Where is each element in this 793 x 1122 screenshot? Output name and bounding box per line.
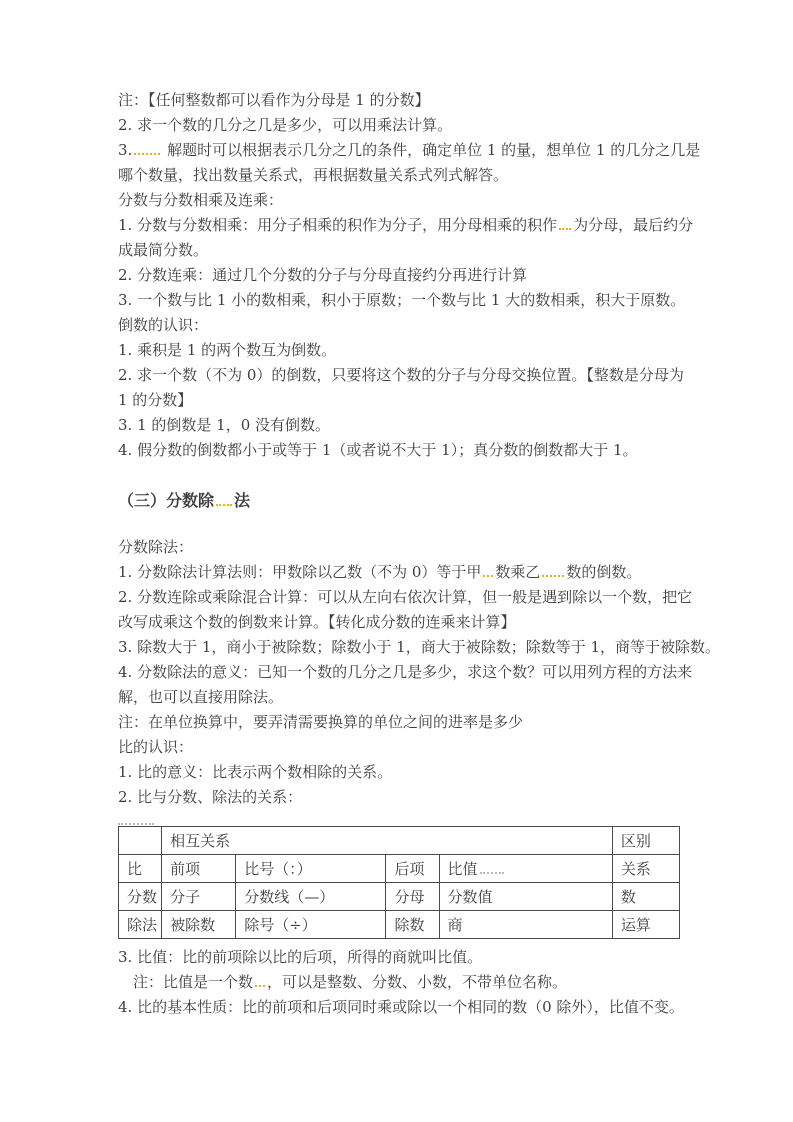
text-line: 2. 比与分数、除法的关系：: [118, 785, 682, 810]
table-cell-text: 区别: [621, 832, 651, 850]
table-cell-text: 相互关系: [170, 832, 230, 850]
text-run: ，可以是整数、分数、小数，不带单位名称。: [267, 973, 567, 991]
section-heading: （三）分数除法: [118, 487, 682, 515]
document-content-bottom: 3. 比值：比的前项除以比的后项，所得的商就叫比值。注：比值是一个数，可以是整数…: [118, 945, 682, 1020]
text-run: 3.: [118, 141, 132, 159]
text-run: 3. 一个数与比 1 小的数相乘，积小于原数；一个数与比 1 大的数相乘，积大于…: [118, 291, 685, 309]
table-cell-text: 分数线（—）: [244, 888, 334, 906]
text-run: 倒数的认识：: [118, 316, 208, 334]
text-run: 分数除法：: [118, 538, 193, 556]
table-cell: 分数线（—）: [236, 883, 386, 911]
table-cell: 分数值: [439, 883, 612, 911]
table-cell-text: 后项: [394, 860, 424, 878]
document-page: 注：【任何整数都可以看作为分母是 1 的分数】2. 求一个数的几分之几是多少，可…: [0, 0, 793, 1122]
text-run: 改写成乘这个数的倒数来计算。【转化成分数的连乘来计算】: [118, 613, 516, 631]
text-run: 3. 1 的倒数是 1，0 没有倒数。: [118, 416, 330, 434]
table-cell-text: 前项: [170, 860, 200, 878]
table-cell: 除数: [386, 911, 439, 939]
document-content-top: 注：【任何整数都可以看作为分母是 1 的分数】2. 求一个数的几分之几是多少，可…: [118, 88, 682, 824]
text-line: 3. 解题时可以根据表示几分之几的条件，确定单位 1 的量，想单位 1 的几分之…: [118, 138, 682, 163]
proofing-squiggle: [483, 570, 493, 577]
table-row-ratio: 比 前项 比号（：） 后项 比值 关系: [119, 855, 680, 883]
text-line: 成最简分数。: [118, 238, 682, 263]
text-run: 2. 求一个数的几分之几是多少，可以用乘法计算。: [118, 116, 452, 134]
text-run: 1. 比的意义：比表示两个数相除的关系。: [118, 763, 392, 781]
text-run: 为分母，最后约分: [573, 216, 693, 234]
table-header-relationship: 相互关系: [162, 827, 613, 855]
text-line: 比的认识：: [118, 735, 682, 760]
proofing-squiggle: [542, 570, 564, 577]
text-run: 1. 分数除法计算法则：甲数除以乙数（不为 0）等于甲: [118, 563, 481, 581]
text-run: 3. 比值：比的前项除以比的后项，所得的商就叫比值。: [118, 948, 482, 966]
text-line: 1. 乘积是 1 的两个数互为倒数。: [118, 338, 682, 363]
text-run: 3. 除数大于 1，商小于被除数；除数小于 1，商大于被除数；除数等于 1，商等…: [118, 638, 720, 656]
table-cell: 分子: [162, 883, 236, 911]
revision-mark: [480, 868, 504, 874]
table-cell-text: 关系: [621, 860, 651, 878]
table-row-fraction: 分数 分子 分数线（—） 分母 分数值 数: [119, 883, 680, 911]
ratio-comparison-table: 相互关系 区别 比 前项 比号（：） 后项 比值 关系 分数 分子 分数线（—）…: [118, 826, 680, 939]
text-line: 分数除法：: [118, 535, 682, 560]
text-line: 注：【任何整数都可以看作为分母是 1 的分数】: [118, 88, 682, 113]
text-run: 1. 乘积是 1 的两个数互为倒数。: [118, 341, 336, 359]
text-run: 比的认识：: [118, 738, 193, 756]
table-cell-text: 比号（：）: [244, 860, 312, 878]
table-cell-text: 分母: [394, 888, 424, 906]
text-line: 1. 分数除法计算法则：甲数除以乙数（不为 0）等于甲数乘乙数的倒数。: [118, 560, 682, 585]
text-line: 2. 求一个数的几分之几是多少，可以用乘法计算。: [118, 113, 682, 138]
text-run: 1 的分数】: [118, 391, 192, 409]
text-run: 解，也可以直接用除法。: [118, 688, 283, 706]
table-cell-text: 商: [448, 916, 463, 934]
table-header-row: 相互关系 区别: [119, 827, 680, 855]
table-cell-text: 数: [621, 888, 636, 906]
text-line: 注：在单位换算中，要弄清需要换算的单位之间的进率是多少: [118, 710, 682, 735]
text-line: 4. 比的基本性质：比的前项和后项同时乘或除以一个相同的数（0 除外），比值不变…: [118, 995, 682, 1020]
revision-mark: [118, 819, 154, 825]
text-line: 改写成乘这个数的倒数来计算。【转化成分数的连乘来计算】: [118, 610, 682, 635]
text-run: 2. 分数连除或乘除混合计算：可以从左向右依次计算，但一般是遇到除以一个数，把它: [118, 588, 692, 606]
text-run: 数乘乙: [495, 563, 540, 581]
text-line: 注：比值是一个数，可以是整数、分数、小数，不带单位名称。: [118, 970, 682, 995]
text-run: 2. 求一个数（不为 0）的倒数，只要将这个数的分子与分母交换位置。【整数是分母…: [118, 366, 684, 384]
table-cell: 分母: [386, 883, 439, 911]
proofing-squiggle: [216, 499, 232, 506]
text-run: 哪个数量，找出数量关系式，再根据数量关系式列式解答。: [118, 166, 508, 184]
table-cell-text: 运算: [621, 916, 651, 934]
table-cell: 前项: [162, 855, 236, 883]
text-line: 4. 分数除法的意义：已知一个数的几分之几是多少，求这个数？可以用列方程的方法来: [118, 660, 682, 685]
table-cell-text: 被除数: [170, 916, 215, 934]
text-line: 2. 分数连乘：通过几个分数的分子与分母直接约分再进行计算: [118, 263, 682, 288]
table-cell-text: 比值: [448, 860, 478, 878]
revision-mark-line: [118, 816, 682, 824]
text-run: 解题时可以根据表示几分之几的条件，确定单位 1 的量，想单位 1 的几分之几是: [162, 141, 700, 159]
table-cell-text: 分子: [170, 888, 200, 906]
table-cell: 除号（÷）: [236, 911, 386, 939]
table-cell-text: 除号（÷）: [244, 916, 317, 934]
text-line: 解，也可以直接用除法。: [118, 685, 682, 710]
text-run: 法: [234, 491, 250, 510]
table-cell: 除法: [119, 911, 162, 939]
text-line: 倒数的认识：: [118, 313, 682, 338]
proofing-squiggle: [559, 223, 571, 230]
table-header-difference: 区别: [612, 827, 679, 855]
table-cell-text: 比: [127, 860, 142, 878]
text-line: 1 的分数】: [118, 388, 682, 413]
text-line: 3. 比值：比的前项除以比的后项，所得的商就叫比值。: [118, 945, 682, 970]
text-line: 3. 1 的倒数是 1，0 没有倒数。: [118, 413, 682, 438]
proofing-squiggle: [255, 980, 265, 987]
text-line: 3. 一个数与比 1 小的数相乘，积小于原数；一个数与比 1 大的数相乘，积大于…: [118, 288, 682, 313]
table-cell: 被除数: [162, 911, 236, 939]
text-run: 4. 假分数的倒数都小于或等于 1（或者说不大于 1）；真分数的倒数都大于 1。: [118, 441, 638, 459]
table-cell: 比: [119, 855, 162, 883]
table-cell-text: 分数值: [448, 888, 493, 906]
text-run: 1. 分数与分数相乘：用分子相乘的积作为分子，用分母相乘的积作: [118, 216, 557, 234]
text-line: 1. 比的意义：比表示两个数相除的关系。: [118, 760, 682, 785]
table-cell: 比值: [439, 855, 612, 883]
text-line: 2. 求一个数（不为 0）的倒数，只要将这个数的分子与分母交换位置。【整数是分母…: [118, 363, 682, 388]
text-run: 4. 分数除法的意义：已知一个数的几分之几是多少，求这个数？可以用列方程的方法来: [118, 663, 692, 681]
text-run: 注：比值是一个数: [133, 973, 253, 991]
table-cell: 后项: [386, 855, 439, 883]
text-line: 分数与分数相乘及连乘：: [118, 188, 682, 213]
table-cell-text: 除数: [394, 916, 424, 934]
text-run: （三）分数除: [118, 491, 214, 510]
text-run: 2. 比与分数、除法的关系：: [118, 788, 302, 806]
text-line: 4. 假分数的倒数都小于或等于 1（或者说不大于 1）；真分数的倒数都大于 1。: [118, 438, 682, 463]
table-header-corner: [119, 827, 162, 855]
text-run: 数的倒数。: [566, 563, 641, 581]
text-line: 3. 除数大于 1，商小于被除数；除数小于 1，商大于被除数；除数等于 1，商等…: [118, 635, 682, 660]
table-cell: 比号（：）: [236, 855, 386, 883]
text-line: 2. 分数连除或乘除混合计算：可以从左向右依次计算，但一般是遇到除以一个数，把它: [118, 585, 682, 610]
text-run: 注：在单位换算中，要弄清需要换算的单位之间的进率是多少: [118, 713, 523, 731]
text-line: 哪个数量，找出数量关系式，再根据数量关系式列式解答。: [118, 163, 682, 188]
table-cell: 关系: [612, 855, 679, 883]
text-line: 1. 分数与分数相乘：用分子相乘的积作为分子，用分母相乘的积作为分母，最后约分: [118, 213, 682, 238]
table-cell-text: 除法: [127, 916, 157, 934]
text-run: 分数与分数相乘及连乘：: [118, 191, 283, 209]
table-cell-text: 分数: [127, 888, 157, 906]
document-content: 注：【任何整数都可以看作为分母是 1 的分数】2. 求一个数的几分之几是多少，可…: [118, 88, 682, 1020]
proofing-squiggle: [134, 148, 160, 155]
text-run: 注：【任何整数都可以看作为分母是 1 的分数】: [118, 91, 430, 109]
table-cell: 运算: [612, 911, 679, 939]
table-cell: 数: [612, 883, 679, 911]
text-run: 4. 比的基本性质：比的前项和后项同时乘或除以一个相同的数（0 除外），比值不变…: [118, 998, 684, 1016]
text-run: 2. 分数连乘：通过几个分数的分子与分母直接约分再进行计算: [118, 266, 527, 284]
table-cell: 商: [439, 911, 612, 939]
text-run: 成最简分数。: [118, 241, 208, 259]
table-cell: 分数: [119, 883, 162, 911]
table-row-division: 除法 被除数 除号（÷） 除数 商 运算: [119, 911, 680, 939]
